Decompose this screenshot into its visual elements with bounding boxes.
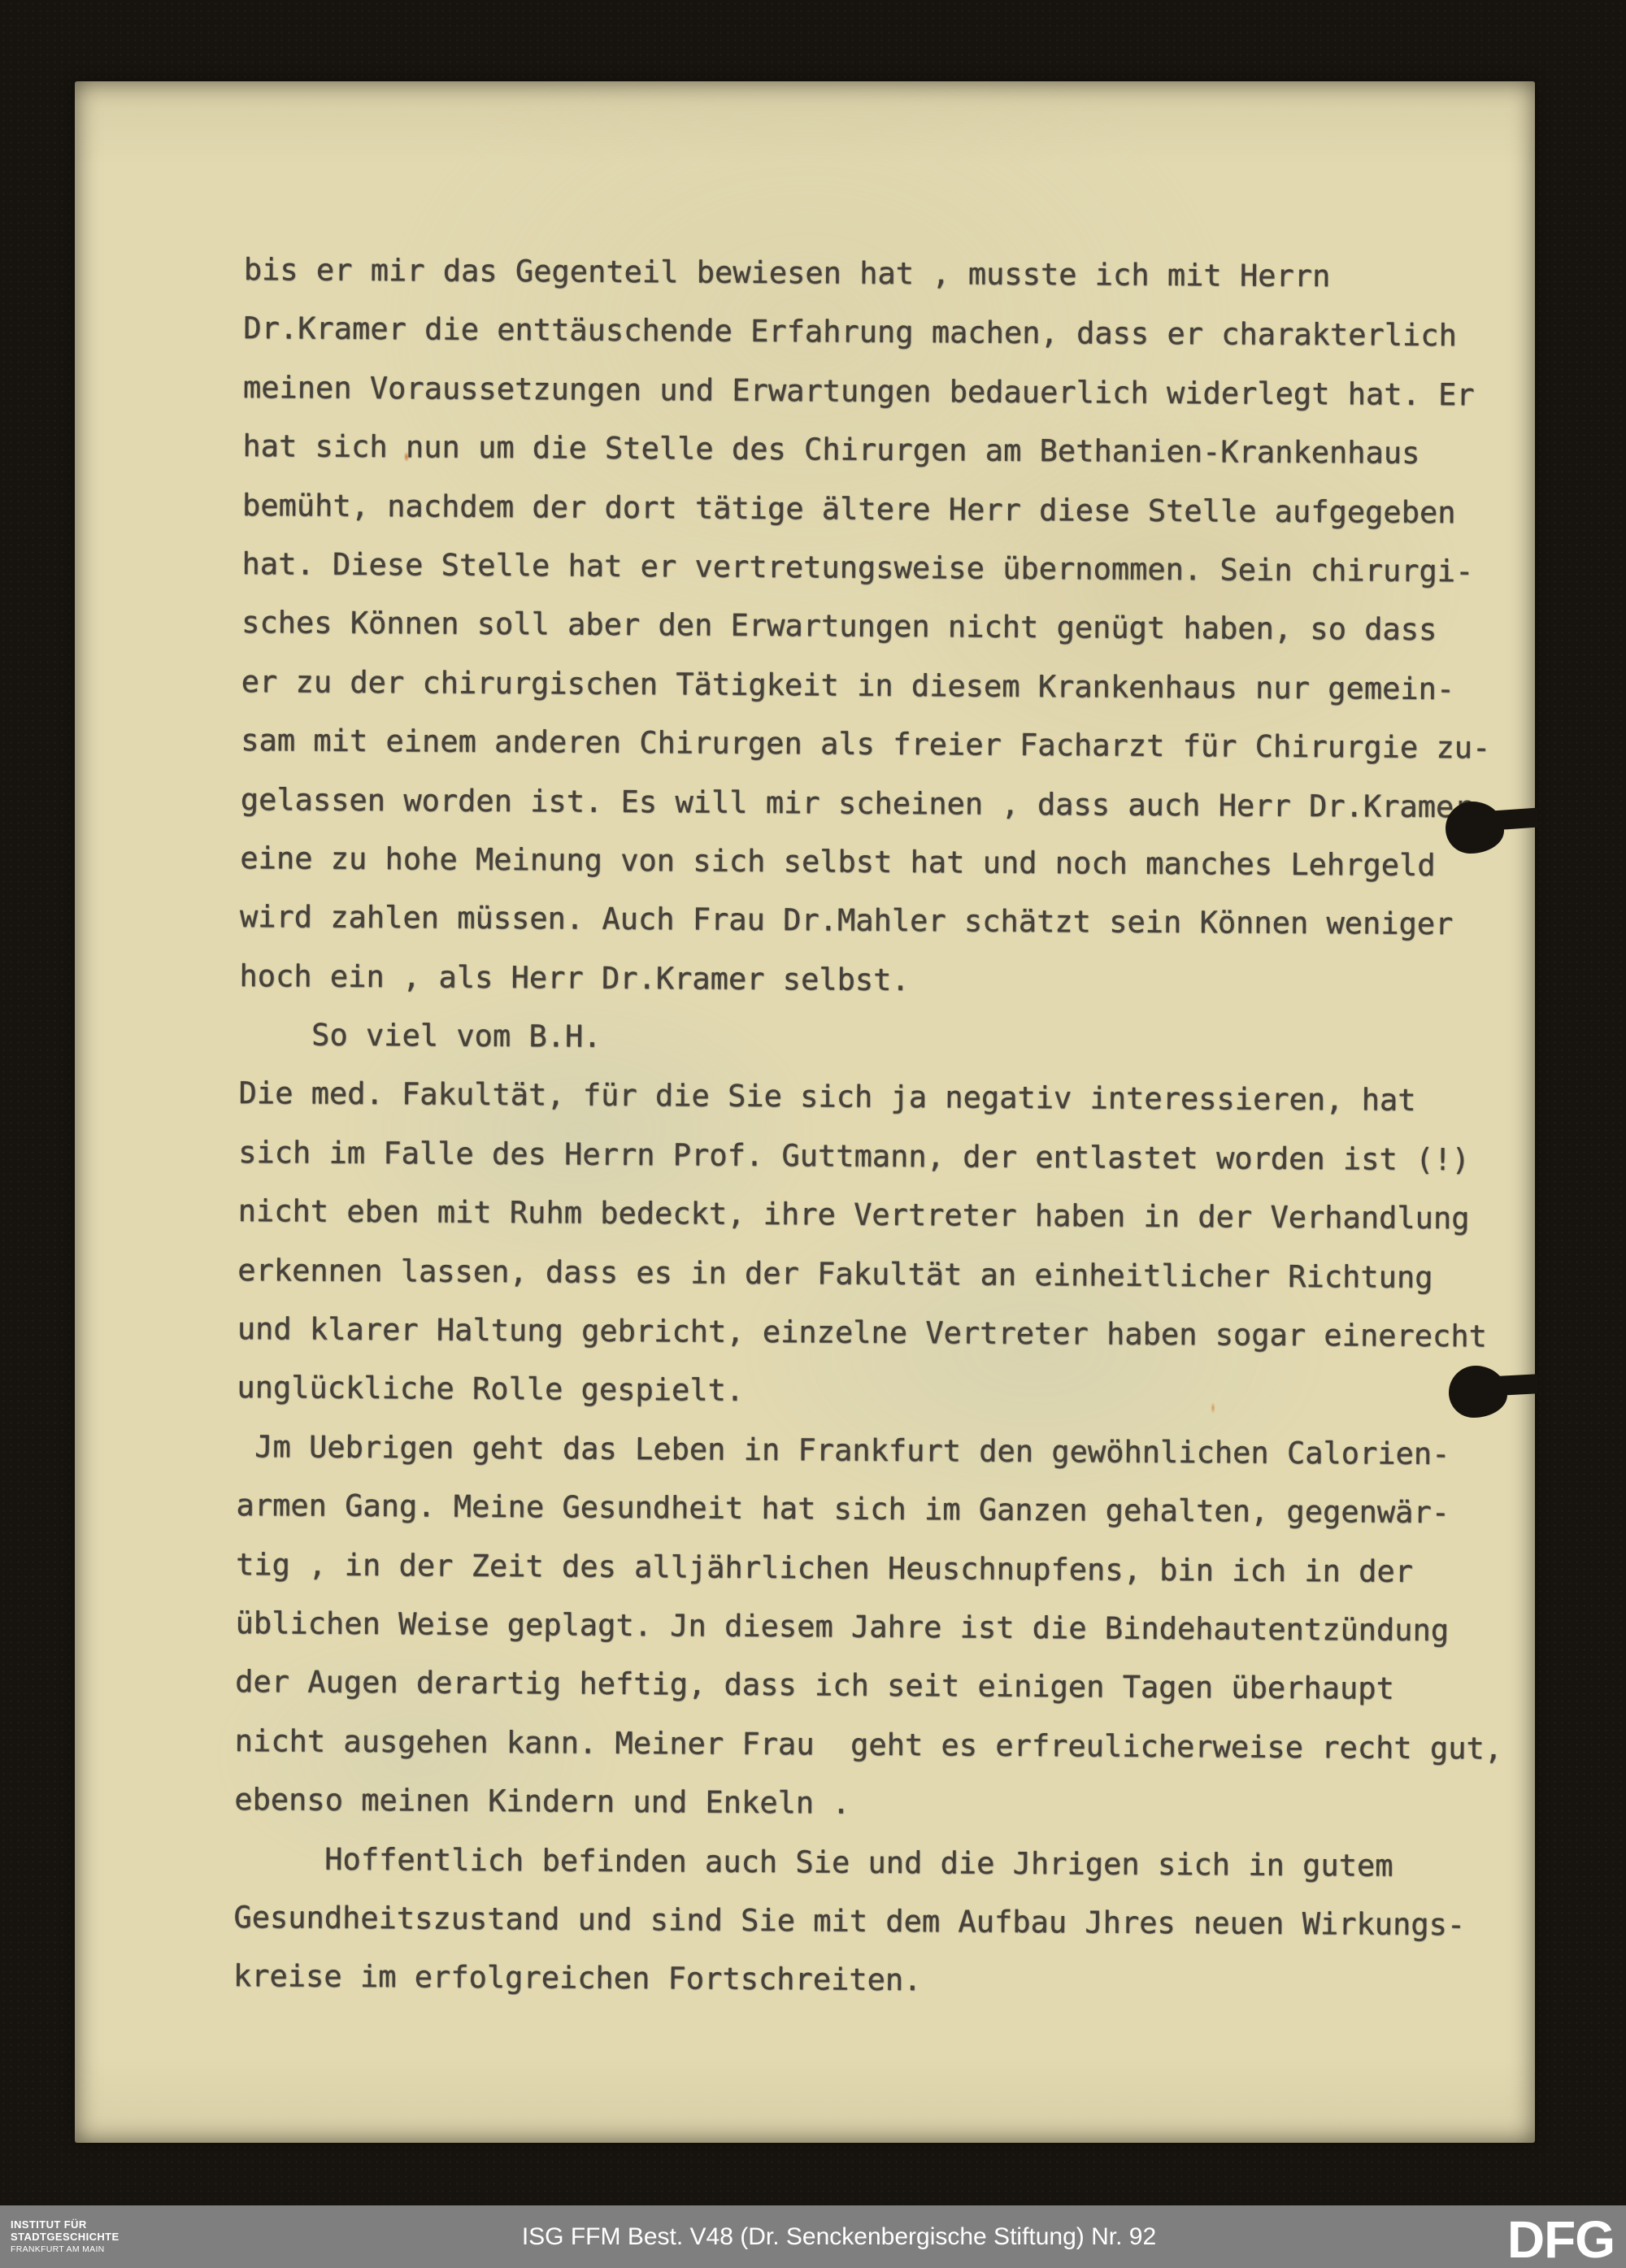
letter-line: kreise im erfolgreichen Fortschreiten. <box>233 1947 1502 2014</box>
letter-line: hoch ein , als Herr Dr.Kramer selbst. <box>239 947 1507 1014</box>
letter-line: und klarer Haltung gebricht, einzelne Ve… <box>237 1300 1506 1366</box>
letter-line: nicht ausgehen kann. Meiner Frau geht es… <box>235 1712 1503 1779</box>
letter-line: tig , in der Zeit des alljährlichen Heus… <box>236 1536 1504 1602</box>
punch-hole-tear-upper-notch <box>1480 808 1539 832</box>
letter-line: wird zahlen müssen. Auch Frau Dr.Mahler … <box>240 888 1508 954</box>
dfg-logo: DFG <box>1507 2209 1615 2268</box>
letter-line: Jm Uebrigen geht das Leben in Frankfurt … <box>237 1418 1505 1484</box>
letter-line: der Augen derartig heftig, dass ich seit… <box>235 1653 1503 1719</box>
letter-line: Die med. Fakultät, für die Sie sich ja n… <box>238 1064 1506 1131</box>
letter-line: bis er mir das Gegenteil bewiesen hat , … <box>244 241 1512 307</box>
letter-line: hat. Diese Stelle hat er vertretungsweis… <box>241 535 1510 602</box>
letter-line: So viel vom B.H. <box>239 1006 1507 1072</box>
institute-name-line1: INSTITUT FÜR <box>11 2218 120 2231</box>
letter-line: armen Gang. Meine Gesundheit hat sich im… <box>236 1476 1504 1543</box>
letter-line: bemüht, nachdem der dort tätige ältere H… <box>242 476 1511 543</box>
letter-line: Hoffentlich befinden auch Sie und die Jh… <box>234 1830 1502 1897</box>
letter-line: gelassen worden ist. Es will mir scheine… <box>241 771 1509 837</box>
letter-line: ebenso meinen Kindern und Enkeln . <box>234 1771 1502 1837</box>
letter-line: er zu der chirurgischen Tätigkeit in die… <box>241 653 1509 719</box>
letter-page: bis er mir das Gegenteil bewiesen hat , … <box>75 81 1535 2143</box>
letter-line: sich im Falle des Herrn Prof. Guttmann, … <box>238 1123 1506 1190</box>
letter-text-block: bis er mir das Gegenteil bewiesen hat , … <box>233 241 1512 2014</box>
letter-line: nicht eben mit Ruhm bedeckt, ihre Vertre… <box>237 1182 1506 1249</box>
letter-line: sam mit einem anderen Chirurgen als frei… <box>241 711 1509 778</box>
letter-line: hat sich nun um die Stelle des Chirurgen… <box>242 417 1511 484</box>
institute-name-line3: FRANKFURT AM MAIN <box>11 2244 120 2256</box>
letter-line: unglückliche Rolle gespielt. <box>237 1358 1505 1425</box>
institute-wordmark: INSTITUT FÜR STADTGESCHICHTE FRANKFURT A… <box>11 2218 120 2256</box>
letter-line: Dr.Kramer die enttäuschende Erfahrung ma… <box>243 299 1511 366</box>
institute-name-line2: STADTGESCHICHTE <box>11 2231 120 2243</box>
punch-hole-tear-lower-notch <box>1484 1374 1538 1396</box>
letter-line: eine zu hohe Meinung von sich selbst hat… <box>240 829 1508 896</box>
letter-line: meinen Voraussetzungen und Erwartungen b… <box>243 358 1511 425</box>
archive-reference: ISG FFM Best. V48 (Dr. Senckenbergische … <box>522 2223 1156 2251</box>
archive-footer-bar: INSTITUT FÜR STADTGESCHICHTE FRANKFURT A… <box>0 2205 1626 2268</box>
scan-background: bis er mir das Gegenteil bewiesen hat , … <box>0 0 1626 2268</box>
letter-line: Gesundheitszustand und sind Sie mit dem … <box>233 1888 1502 1955</box>
letter-line: sches Können soll aber den Erwartungen n… <box>241 593 1510 660</box>
letter-line: erkennen lassen, dass es in der Fakultät… <box>237 1241 1506 1308</box>
letter-line: üblichen Weise geplagt. Jn diesem Jahre … <box>235 1594 1503 1661</box>
